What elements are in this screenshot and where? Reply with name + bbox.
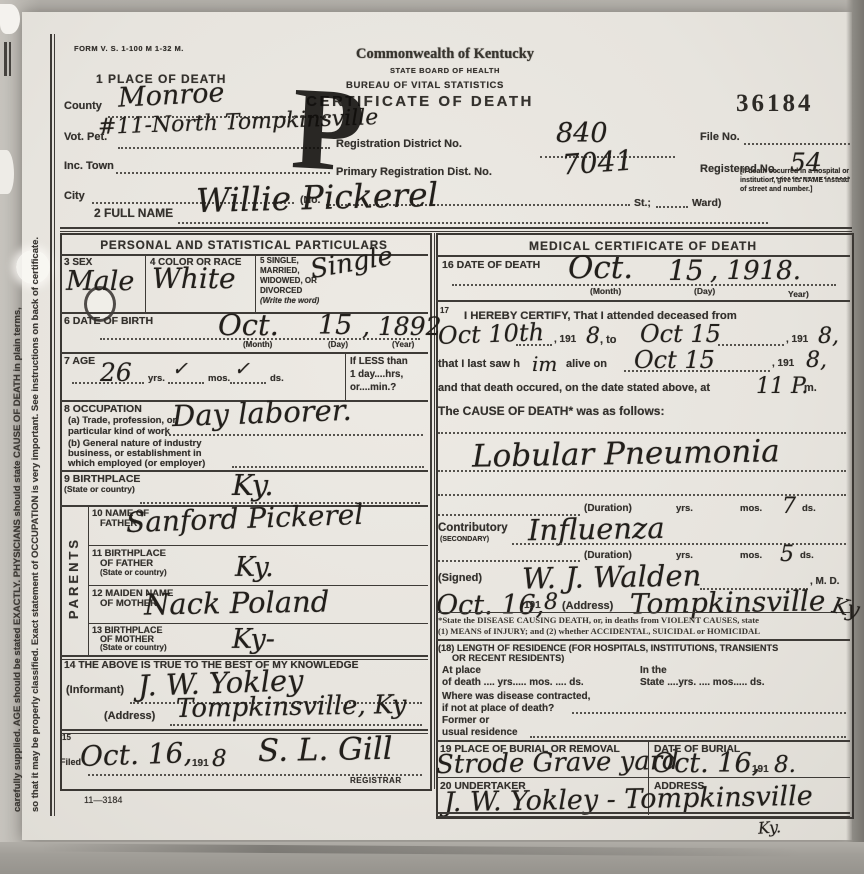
residence-heading-1: (18) LENGTH OF RESIDENCE (FOR HOSPITALS,… xyxy=(438,643,778,653)
dob-label: 6 DATE OF BIRTH xyxy=(64,315,153,327)
row-line xyxy=(60,352,428,354)
age-check-days: ✓ xyxy=(234,358,250,380)
cause-footnote-line2: (1) MEANS of INJURY; and (2) whether ACC… xyxy=(438,626,760,636)
age-mos-label: mos. xyxy=(208,373,230,384)
leader-line xyxy=(452,282,836,286)
form-number: FORM V. S. 1-100 M 1-32 M. xyxy=(74,44,184,53)
mother-birthplace-hint: (State or country) xyxy=(100,643,167,652)
registrar-signature-handwriting: S. L. Gill xyxy=(258,731,393,769)
informant-address-handwriting: Tompkinsville, Ky xyxy=(176,690,407,724)
row-rule xyxy=(436,812,850,817)
in-state-label-1: In the xyxy=(640,665,667,676)
duration1-mos: mos. xyxy=(740,503,762,514)
leader-line xyxy=(516,342,552,346)
commonwealth-title: Commonwealth of Kentucky xyxy=(320,46,570,63)
month-caption: (Month) xyxy=(243,340,272,349)
former-label-2: usual residence xyxy=(442,727,518,738)
death-time-m-label: m. xyxy=(804,382,817,394)
leader-line xyxy=(656,204,688,208)
leader-line xyxy=(624,368,770,372)
age-label: 7 AGE xyxy=(64,355,95,367)
certificate-stamp-number: 36184 xyxy=(736,90,814,118)
cell-line xyxy=(255,254,256,312)
filed-year-digit-handwriting: 8 xyxy=(212,746,227,772)
duration1-days-handwriting: 7 xyxy=(782,494,796,519)
birthplace-value-handwriting: Ky. xyxy=(232,468,274,502)
age-less-line1: If LESS than xyxy=(350,356,408,367)
leader-line xyxy=(530,734,846,738)
from-year-digit-handwriting: 8 xyxy=(586,324,600,349)
last-saw-post: alive on xyxy=(566,358,607,370)
occupation-b-line3: which employed (or employer) xyxy=(68,458,205,469)
to-label: , to xyxy=(600,334,617,346)
informant-label: (Informant) xyxy=(66,684,124,696)
date-of-death-label: 16 DATE OF DEATH xyxy=(442,259,540,271)
age-less-line2: 1 day....hrs, xyxy=(350,369,403,380)
year-print-3: , 191 xyxy=(772,358,794,369)
row-line xyxy=(436,740,850,742)
duration2-mos: mos. xyxy=(740,550,762,561)
leader-line xyxy=(72,380,144,384)
signed-year-print: 191 xyxy=(524,600,541,611)
leader-line xyxy=(178,220,768,224)
year-print-2: , 191 xyxy=(786,334,808,345)
cause-footnote-line1: *State the DISEASE CAUSING DEATH, or, in… xyxy=(438,615,759,625)
row-line xyxy=(88,545,428,546)
burial-date-handwriting: Oct. 16, xyxy=(652,748,760,779)
sex-value-handwriting: Male xyxy=(66,266,134,297)
parents-cell-line xyxy=(88,505,89,657)
former-label-1: Former or xyxy=(442,715,489,726)
duration2-ds: ds. xyxy=(800,550,814,561)
leader-line xyxy=(168,380,204,384)
county-label: County xyxy=(64,100,102,112)
contributory-label: Contributory xyxy=(438,522,508,534)
cell-line xyxy=(145,254,146,312)
residence-heading-2: OR RECENT RESIDENTS) xyxy=(452,653,564,663)
occupation-a-line1: (a) Trade, profession, or xyxy=(68,415,176,426)
him-handwriting: im xyxy=(532,352,557,376)
age-ds-label: ds. xyxy=(270,373,284,384)
plate-number: 11—3184 xyxy=(84,795,122,805)
marital-hint: (Write the word) xyxy=(260,296,319,305)
death-time-handwriting: 11 P. xyxy=(756,374,808,399)
day-caption: (Day) xyxy=(328,340,348,349)
contracted-label-1: Where was disease contracted, xyxy=(442,691,590,702)
signed-label: (Signed) xyxy=(438,572,482,584)
scanned-death-certificate: carefully supplied. AGE should be stated… xyxy=(0,0,864,874)
margin-ky-handwriting: Ky xyxy=(830,593,862,623)
occupation-a-line2: particular kind of work xyxy=(68,426,170,437)
margin-rule xyxy=(50,34,55,816)
burial-year-digit-handwriting: 8. xyxy=(774,752,796,778)
race-value-handwriting: White xyxy=(152,262,236,295)
birthplace-hint: (State or country) xyxy=(64,484,135,494)
age-yrs-label: yrs. xyxy=(148,373,165,384)
at-place-label-1: At place xyxy=(442,665,481,676)
signed-address-label: (Address) xyxy=(562,600,613,612)
file-no-label: File No. xyxy=(700,131,740,143)
secondary-label: (SECONDARY) xyxy=(440,536,489,543)
leader-line xyxy=(165,432,423,436)
informant-address-label: (Address) xyxy=(104,710,155,722)
year-print-1: , 191 xyxy=(554,334,576,345)
inc-town-label: Inc. Town xyxy=(64,160,114,172)
margin-instructions-line-1: carefully supplied. AGE should be stated… xyxy=(12,62,23,812)
scan-artifact xyxy=(4,42,7,76)
margin-ky-bottom-handwriting: Ky. xyxy=(757,817,781,838)
dod-year-caption: Year) xyxy=(788,289,809,299)
hospital-note: [If death occurred in a hospital or inst… xyxy=(740,168,854,195)
leader-line xyxy=(718,342,784,346)
filed-year-print: 191 xyxy=(192,758,209,769)
age-check-months: ✓ xyxy=(172,358,188,380)
dod-day-caption: (Day) xyxy=(694,286,715,296)
county-value-handwriting: Monroe xyxy=(117,77,225,114)
filed-number: 15 xyxy=(62,733,71,742)
medical-section-title: MEDICAL CERTIFICATE OF DEATH xyxy=(436,239,850,253)
section-divider-rule xyxy=(60,227,852,232)
last-saw-year-digit-handwriting: 8, xyxy=(806,348,827,373)
leader-line xyxy=(512,541,846,545)
leader-line xyxy=(744,141,850,145)
row-line xyxy=(436,777,850,778)
duration1-ds: ds. xyxy=(802,503,816,514)
year-caption: (Year) xyxy=(392,340,414,349)
duration2-days-handwriting: 5 xyxy=(780,542,794,567)
last-saw-pre: that I last saw h xyxy=(438,358,520,370)
registration-district-value-handwriting: 840 xyxy=(556,118,608,149)
city-ward-label: Ward) xyxy=(692,197,721,209)
age-less-line3: or....min.? xyxy=(350,382,396,393)
mother-name-value-handwriting: Nack Poland xyxy=(144,584,330,621)
row-line xyxy=(436,639,850,641)
leader-line xyxy=(572,710,846,714)
scan-artifact xyxy=(9,42,11,76)
duration1-yrs: yrs. xyxy=(676,503,693,514)
at-place-label-2: of death .... yrs..... mos. .... ds. xyxy=(442,677,584,688)
mother-birthplace-value-handwriting: Ky- xyxy=(232,624,275,655)
full-name-label: 2 FULL NAME xyxy=(94,206,173,220)
certify-number: 17 xyxy=(440,306,449,315)
filed-label: Filed xyxy=(60,757,81,767)
parents-vertical-label: PARENTS xyxy=(66,508,81,648)
father-birthplace-hint: (State or country) xyxy=(100,568,167,577)
attended-to-handwriting: Oct 15 xyxy=(640,320,721,348)
dod-month-caption: (Month) xyxy=(590,286,621,296)
in-state-label-2: State ....yrs. .... mos..... ds. xyxy=(640,677,765,688)
row-line xyxy=(436,612,850,613)
burial-year-print: 191 xyxy=(752,764,769,775)
filed-date-handwriting: Oct. 16, xyxy=(79,736,192,773)
leader-line xyxy=(438,430,846,434)
contracted-label-2: if not at place of death? xyxy=(442,703,554,714)
to-year-digit-handwriting: 8, xyxy=(818,324,839,349)
leader-line xyxy=(170,722,422,726)
city-st-label: St.; xyxy=(634,197,651,209)
ink-stamp-letter: P xyxy=(288,60,367,200)
scan-artifact-torn-paper xyxy=(0,4,20,34)
primary-registration-value-handwriting: 7041 xyxy=(561,144,634,182)
leader-line xyxy=(230,380,266,384)
burial-place-handwriting: Strode Grave yard xyxy=(436,746,679,780)
occupation-value-handwriting: Day laborer. xyxy=(171,393,352,433)
occupation-label: 8 OCCUPATION xyxy=(64,403,142,415)
death-occured-text: and that death occured, on the date stat… xyxy=(438,382,710,394)
leader-line xyxy=(438,468,846,472)
registrar-label: REGISTRAR xyxy=(350,776,402,785)
row-line xyxy=(436,300,850,302)
father-birthplace-value-handwriting: Ky. xyxy=(235,552,274,583)
date-of-death-month-handwriting: Oct. xyxy=(568,250,633,286)
margin-instructions-line-2: so that it may be properly classified. E… xyxy=(30,62,41,812)
cause-of-death-intro: The CAUSE OF DEATH* was as follows: xyxy=(438,404,664,418)
city-label: City xyxy=(64,190,85,202)
